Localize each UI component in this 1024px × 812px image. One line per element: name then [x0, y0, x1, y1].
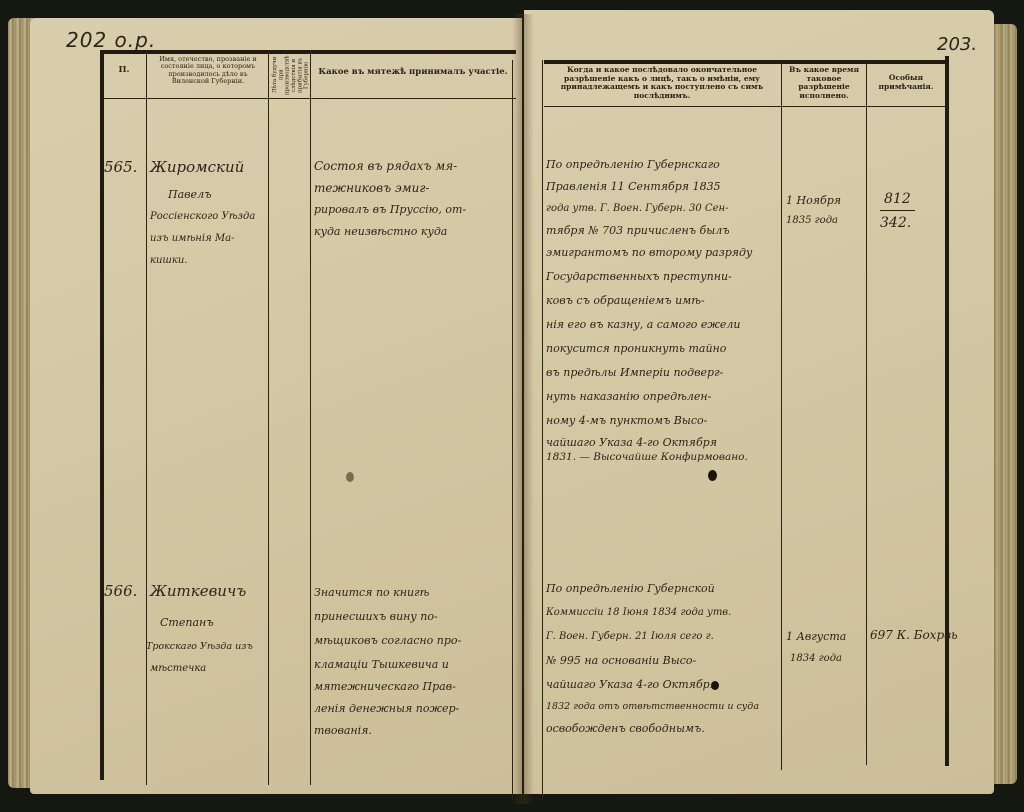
- execution-year: 1835 года: [786, 210, 838, 232]
- header-number: П.: [104, 66, 144, 76]
- notes-text: 697 К. Бохрвь: [870, 624, 958, 646]
- resolution-line: освобожденъ свободнымъ.: [546, 718, 705, 740]
- col-divider-4: [512, 60, 513, 800]
- resolution-line: нія его въ казну, а самого ежели: [546, 314, 741, 336]
- resolution-line: Г. Воен. Губерн. 21 Іюля сего г.: [546, 626, 714, 648]
- participation-line: ленія денежныя пожер-: [314, 698, 459, 720]
- resolution-line: № 995 на основаніи Высо-: [546, 650, 696, 672]
- participation-line: Состоя въ рядахъ мя-: [314, 155, 457, 177]
- col-divider-2: [268, 50, 269, 785]
- notes-number: 812: [880, 188, 915, 211]
- book-gutter: [512, 14, 534, 804]
- right-header-bottom-rule: [544, 106, 946, 107]
- participation-line: рировалъ въ Пруссію, от-: [314, 199, 466, 221]
- resolution-line: Коммиссіи 18 Іюня 1834 года утв.: [546, 602, 731, 624]
- entry-name-line: кишки.: [150, 250, 187, 272]
- resolution-line: 1831. — Высочайше Конфирмовано.: [546, 446, 748, 468]
- entry-surname: Житкевичъ: [150, 582, 246, 600]
- header-time: Въ какое время таковое разрѣшеніе исполн…: [784, 66, 864, 101]
- header-years: Лѣта будучи при производствѣ слѣдствія и…: [272, 54, 308, 96]
- participation-line: мѣщиковъ согласно про-: [314, 630, 461, 652]
- execution-date: 1 Ноября: [786, 190, 841, 212]
- participation-line: Значится по книгѣ: [314, 582, 429, 604]
- execution-year: 1834 года: [790, 648, 842, 670]
- paper-hole: [711, 681, 719, 690]
- col-divider-5: [542, 60, 543, 800]
- entry-name-line: Павелъ: [168, 184, 211, 206]
- header-name: Имя, отечество, прозваніе и состояніе ли…: [149, 56, 267, 86]
- header-participation: Какое въ мятежѣ принималъ участіе.: [314, 68, 512, 78]
- resolution-line: ковъ съ обращеніемъ имѣ-: [546, 290, 705, 312]
- resolution-line: эмигрантомъ по второму разряду: [546, 242, 752, 264]
- entry-number: 566.: [104, 582, 137, 600]
- participation-line: тежниковъ эмиг-: [314, 177, 429, 199]
- participation-line: мятежническаго Прав-: [314, 676, 456, 698]
- resolution-line: въ предѣлы Имперіи подверг-: [546, 362, 723, 384]
- entry-name-line: Россіенского Уѣзда: [150, 206, 255, 228]
- entry-name-line: Трокскаго Уѣзда изъ: [146, 636, 253, 658]
- right-border-line: [945, 56, 949, 766]
- right-top-rule: [544, 60, 946, 64]
- execution-date: 1 Августа: [786, 626, 846, 648]
- col-divider-1: [146, 50, 147, 785]
- resolution-line: чайшаго Указа 4-го Октября: [546, 674, 717, 696]
- open-ledger-book: 202 o.p. 203. П. Имя, отечество, прозван…: [0, 0, 1024, 812]
- entry-name-line: Степанъ: [160, 612, 214, 634]
- resolution-line: тября № 703 причисленъ былъ: [546, 220, 730, 242]
- col-divider-7: [866, 60, 867, 765]
- notes-number: 342.: [880, 212, 911, 234]
- resolution-line: По опредѣленію Губернскаго: [546, 154, 720, 176]
- resolution-line: года утв. Г. Воен. Губерн. 30 Сен-: [546, 198, 728, 220]
- entry-number: 565.: [104, 158, 137, 176]
- entry-surname: Жиромский: [150, 158, 244, 176]
- entry-name-line: изъ имѣнія Ма-: [150, 228, 234, 250]
- resolution-line: Правленія 11 Сентября 1835: [546, 176, 721, 198]
- entry-name-line: мѣстечка: [150, 658, 206, 680]
- folio-number-left: 202 o.p.: [66, 28, 156, 52]
- resolution-line: 1832 года отъ отвѣтственности и суда: [546, 696, 759, 718]
- col-divider-3: [310, 50, 311, 785]
- header-resolution: Когда и какое послѣдовало окончательное …: [545, 66, 779, 101]
- col-divider-6: [781, 60, 782, 770]
- participation-line: твованія.: [314, 720, 372, 742]
- paper-hole: [708, 470, 717, 481]
- resolution-line: Государственныхъ преступни-: [546, 266, 732, 288]
- participation-line: куда неизвѣстно куда: [314, 221, 447, 243]
- header-notes: Особыя примѣчанія.: [869, 74, 943, 91]
- participation-line: принесшихъ вину по-: [314, 606, 438, 628]
- paper-stain: [346, 472, 354, 482]
- resolution-line: нуть наказанію опредѣлен-: [546, 386, 711, 408]
- participation-line: кламаціи Тышкевича и: [314, 654, 449, 676]
- resolution-line: ному 4-мъ пунктомъ Высо-: [546, 410, 707, 432]
- resolution-line: По опредѣленію Губернской: [546, 578, 715, 600]
- resolution-line: покусится проникнуть тайно: [546, 338, 726, 360]
- folio-number-right: 203.: [937, 34, 977, 55]
